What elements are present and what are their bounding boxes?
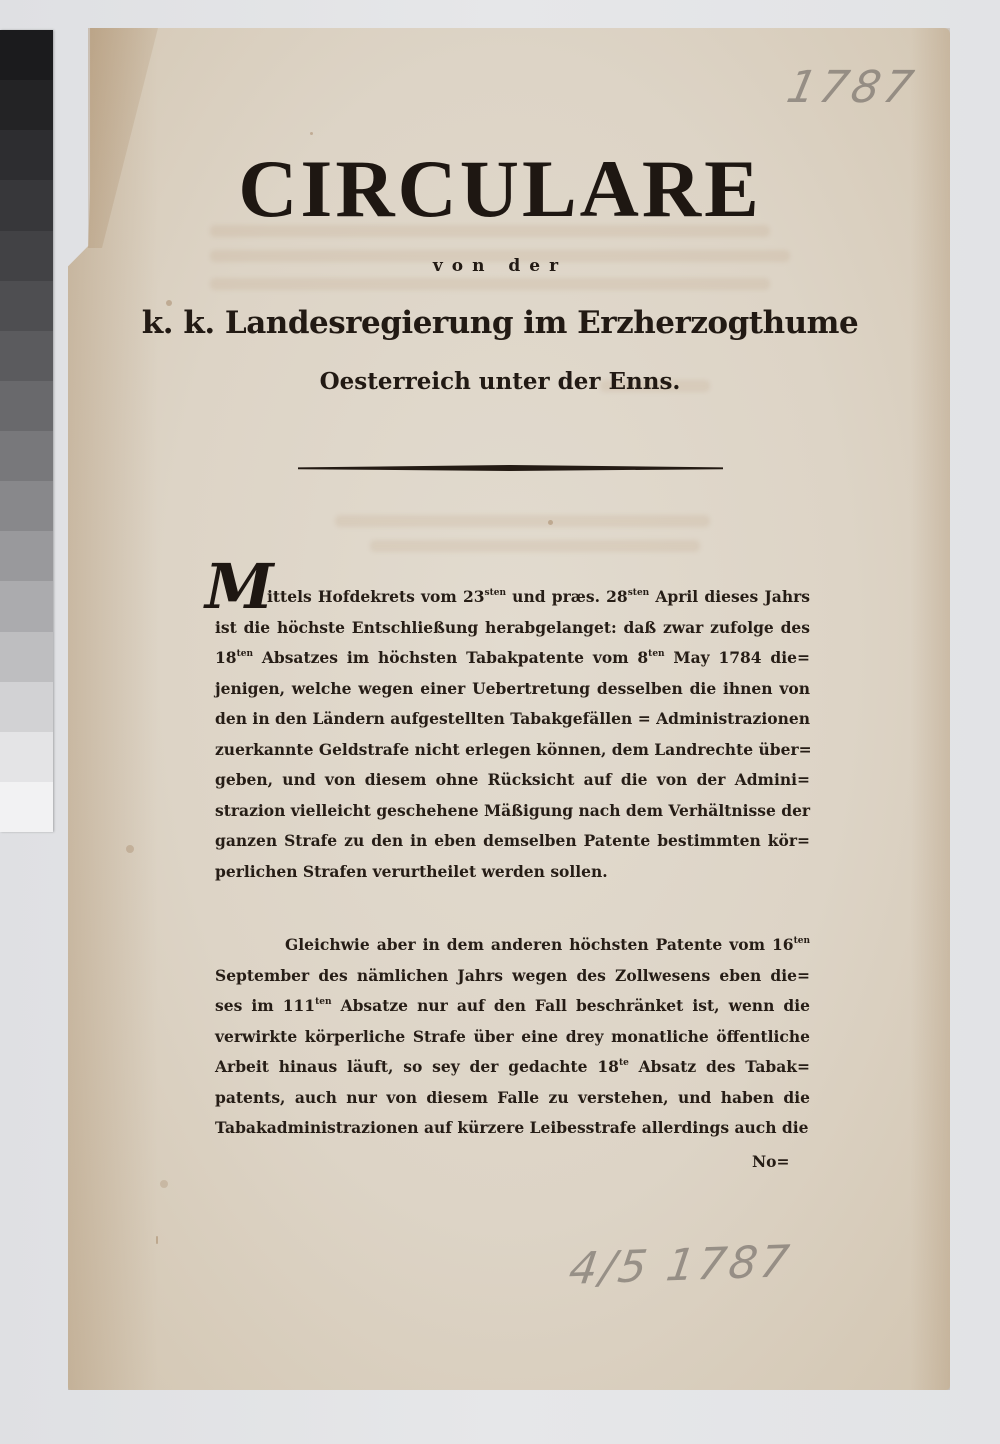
subtitle-issuing-authority: k. k. Landesregierung im Erzherzogthume bbox=[0, 305, 1000, 341]
paragraph-1: ittels Hofdekrets vom 23sten und præs. 2… bbox=[215, 582, 810, 887]
text-line: Arbeit hinaus läuft, so sey der gedachte… bbox=[215, 1052, 810, 1083]
paragraph-2: Gleichwie aber in dem anderen höchsten P… bbox=[215, 930, 810, 1144]
text-line: den in den Ländern aufgestellten Tabakge… bbox=[215, 704, 810, 735]
grey-step bbox=[0, 632, 53, 682]
subtitle-region: Oesterreich unter der Enns. bbox=[0, 368, 1000, 395]
grey-step bbox=[0, 581, 53, 631]
grey-step bbox=[0, 80, 53, 130]
text-line: strazion vielleicht geschehene Mäßigung … bbox=[215, 796, 810, 827]
text-line: verwirkte körperliche Strafe über eine d… bbox=[215, 1022, 810, 1053]
catchword: No= bbox=[752, 1152, 790, 1171]
text-line: Tabakadministrazionen auf kürzere Leibes… bbox=[215, 1113, 810, 1144]
text-line: perlichen Strafen verurtheilet werden so… bbox=[215, 857, 810, 888]
text-line: zuerkannte Geldstrafe nicht erlegen könn… bbox=[215, 735, 810, 766]
grey-step bbox=[0, 431, 53, 481]
text-line: ganzen Strafe zu den in eben demselben P… bbox=[215, 826, 810, 857]
handwritten-year-annotation: 1787 bbox=[783, 62, 922, 113]
text-line: ses im 111ten Absatze nur auf den Fall b… bbox=[215, 991, 810, 1022]
grey-step bbox=[0, 682, 53, 732]
text-line: September des nämlichen Jahrs wegen des … bbox=[215, 961, 810, 992]
text-line: ist die höchste Entschließung herabgelan… bbox=[215, 613, 810, 644]
text-line: patents, auch nur von diesem Falle zu ve… bbox=[215, 1083, 810, 1114]
handwritten-date-annotation: 4/5 1787 bbox=[566, 1236, 795, 1295]
text-line: Gleichwie aber in dem anderen höchsten P… bbox=[215, 930, 810, 961]
text-line: ittels Hofdekrets vom 23sten und præs. 2… bbox=[215, 582, 810, 613]
document-title: CIRCULARE bbox=[0, 148, 1000, 230]
text-line: 18ten Absatzes im höchsten Tabakpatente … bbox=[215, 643, 810, 674]
subtitle-von-der: von der bbox=[0, 256, 1000, 276]
grey-step bbox=[0, 481, 53, 531]
grey-step bbox=[0, 732, 53, 782]
text-line: geben, und von diesem ohne Rücksicht auf… bbox=[215, 765, 810, 796]
text-line: jenigen, welche wegen einer Uebertretung… bbox=[215, 674, 810, 705]
grey-step bbox=[0, 30, 53, 80]
grey-step bbox=[0, 782, 53, 832]
grey-step bbox=[0, 531, 53, 581]
